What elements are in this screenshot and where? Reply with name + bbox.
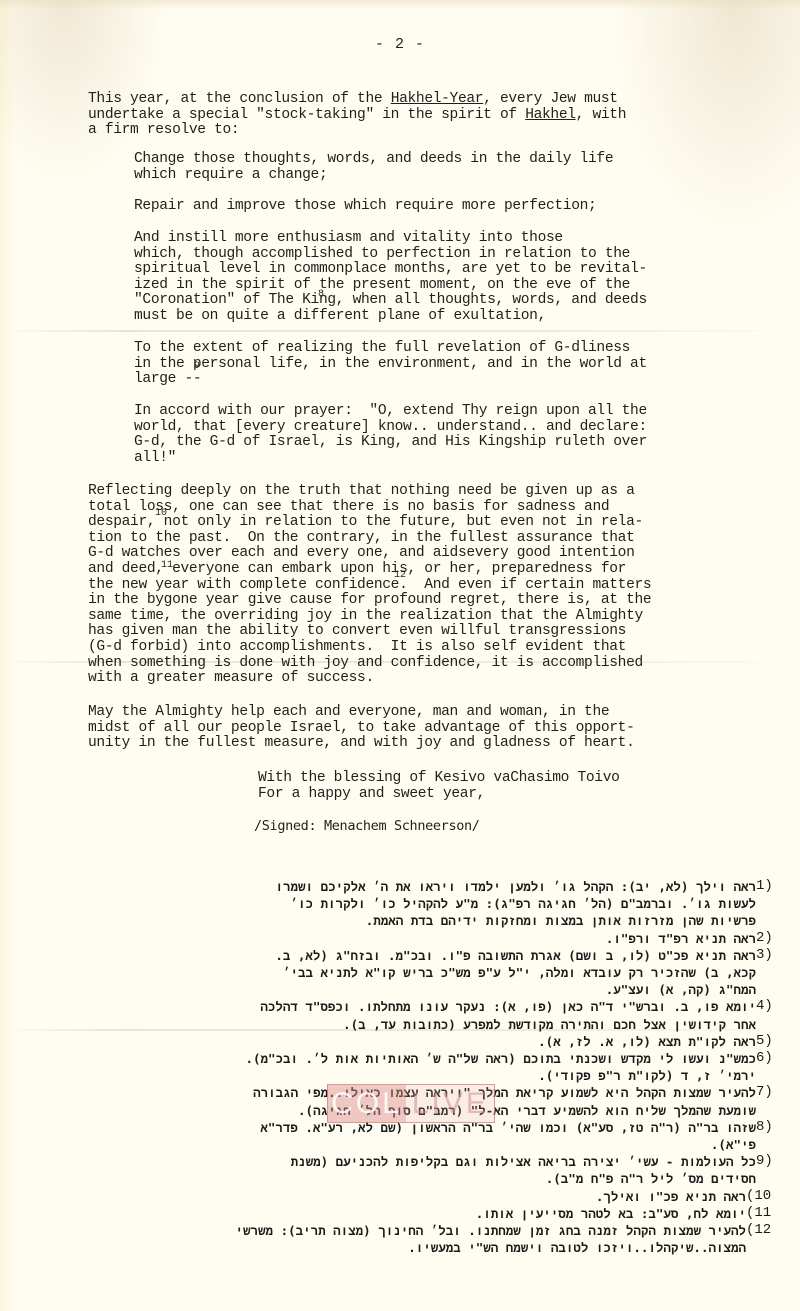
closing-blessing: With the blessing of Kesivo vaChasimo To…: [258, 771, 620, 802]
footnote-mark-8: 8: [318, 289, 324, 300]
footnote-item: 9)כל העולמות - עשי׳ יצירה בריאה אצילות ו…: [100, 1153, 790, 1187]
footnote-mark-10: 10: [155, 508, 167, 519]
footnote-mark-11: 11: [161, 560, 173, 571]
page-number: - 2 -: [0, 36, 800, 53]
intro-paragraph: This year, at the conclusion of the Hakh…: [88, 92, 626, 139]
footnote-item: 2)ראה תניא רפ"ד ורפ"ו.: [100, 930, 790, 947]
footnote-item: 8)שזהו בר"ה (ר"ה טז, סע"א) וכמו שהי׳ בר"…: [100, 1119, 790, 1153]
footnote-text: ראה לקו"ת תצא (לו, א. לז, א).: [100, 1033, 756, 1050]
footnote-item: 6)כמש"נ ועשו לי מקדש ושכנתי בתוכם (ראה ש…: [100, 1050, 790, 1084]
footnote-text: ראה וילך (לא, יב): הקהל גו׳ ולמען ילמדו …: [100, 878, 756, 930]
intro-text: undertake a special "stock-taking" in th…: [88, 107, 525, 123]
footnote-text: כל העולמות - עשי׳ יצירה בריאה אצילות וגם…: [100, 1153, 756, 1187]
footnotes-list: 1)ראה וילך (לא, יב): הקהל גו׳ ולמען ילמד…: [100, 878, 790, 1256]
intro-text: , every Jew must: [483, 91, 618, 107]
footnote-text: ראה תניא פכ"ו ואילך.: [100, 1188, 746, 1205]
intro-text: This year, at the conclusion of the: [88, 91, 391, 107]
footnote-number: 5): [756, 1033, 790, 1050]
footnote-number: 7): [756, 1084, 790, 1118]
footnote-text: שזהו בר"ה (ר"ה טז, סע"א) וכמו שהי׳ בר"ה …: [100, 1119, 756, 1153]
footnote-item: 4)יומא פו, ב. וברש"י ד"ה כאן (פו, א): נע…: [100, 998, 790, 1032]
blessing-paragraph: May the Almighty help each and everyone,…: [88, 705, 635, 752]
footnote-number: 1): [756, 878, 790, 930]
footnote-number: (12: [746, 1222, 790, 1256]
footnote-number: 2): [756, 930, 790, 947]
paper-fold-line: [0, 330, 800, 332]
watermark-left: COL: [327, 1085, 406, 1122]
footnote-item: 5)ראה לקו"ת תצא (לו, א. לז, א).: [100, 1033, 790, 1050]
footnote-text: ראה תניא רפ"ד ורפ"ו.: [100, 930, 756, 947]
footnote-mark-9: 9: [194, 361, 200, 372]
footnote-number: (10: [746, 1188, 790, 1205]
intro-text: , with: [576, 107, 626, 123]
footnote-number: 9): [756, 1153, 790, 1187]
reflecting-paragraph: Reflecting deeply on the truth that noth…: [88, 484, 651, 687]
footnote-item: (12להעיר שמצות הקהל זמנה בחג זמן שמחתנו.…: [100, 1222, 790, 1256]
signature: /Signed: Menachem Schneerson/: [254, 819, 480, 835]
closing-line-1: With the blessing of Kesivo vaChasimo To…: [258, 770, 620, 786]
footnote-text: יומא לח, סע"ב: בא לטהר מסייעין אותו.: [100, 1205, 746, 1222]
resolution-prayer: In accord with our prayer: "O, extend Th…: [134, 404, 647, 466]
footnote-number: 8): [756, 1119, 790, 1153]
footnote-item: 1)ראה וילך (לא, יב): הקהל גו׳ ולמען ילמד…: [100, 878, 790, 930]
resolution-repair: Repair and improve those which require m…: [134, 199, 596, 215]
footnote-number: 6): [756, 1050, 790, 1084]
watermark-logo: COL LIVE: [327, 1084, 495, 1123]
hakhel-term: Hakhel: [525, 107, 575, 123]
footnote-text: יומא פו, ב. וברש"י ד"ה כאן (פו, א): נעקר…: [100, 998, 756, 1032]
closing-line-2: For a happy and sweet year,: [258, 786, 485, 802]
footnote-mark-12: 12: [394, 570, 406, 581]
watermark-right: LIVE: [406, 1087, 495, 1121]
footnote-number: 4): [756, 998, 790, 1032]
footnote-text: ראה תניא פכ"ט (לו, ב ושם) אגרת התשובה פ"…: [100, 947, 756, 999]
footnote-text: כמש"נ ועשו לי מקדש ושכנתי בתוכם (ראה של"…: [100, 1050, 756, 1084]
footnote-item: (10ראה תניא פכ"ו ואילך.: [100, 1188, 790, 1205]
resolution-change: Change those thoughts, words, and deeds …: [134, 152, 613, 183]
footnote-number: (11: [746, 1205, 790, 1222]
footnote-number: 3): [756, 947, 790, 999]
footnote-item: (11יומא לח, סע"ב: בא לטהר מסייעין אותו.: [100, 1205, 790, 1222]
footnote-text: להעיר שמצות הקהל זמנה בחג זמן שמחתנו. וב…: [100, 1222, 746, 1256]
intro-text: a firm resolve to:: [88, 122, 239, 138]
resolution-instill: And instill more enthusiasm and vitality…: [134, 231, 647, 325]
hakhel-year-term: Hakhel-Year: [391, 91, 484, 107]
footnote-item: 3)ראה תניא פכ"ט (לו, ב ושם) אגרת התשובה …: [100, 947, 790, 999]
resolution-revelation: To the extent of realizing the full reve…: [134, 341, 647, 388]
